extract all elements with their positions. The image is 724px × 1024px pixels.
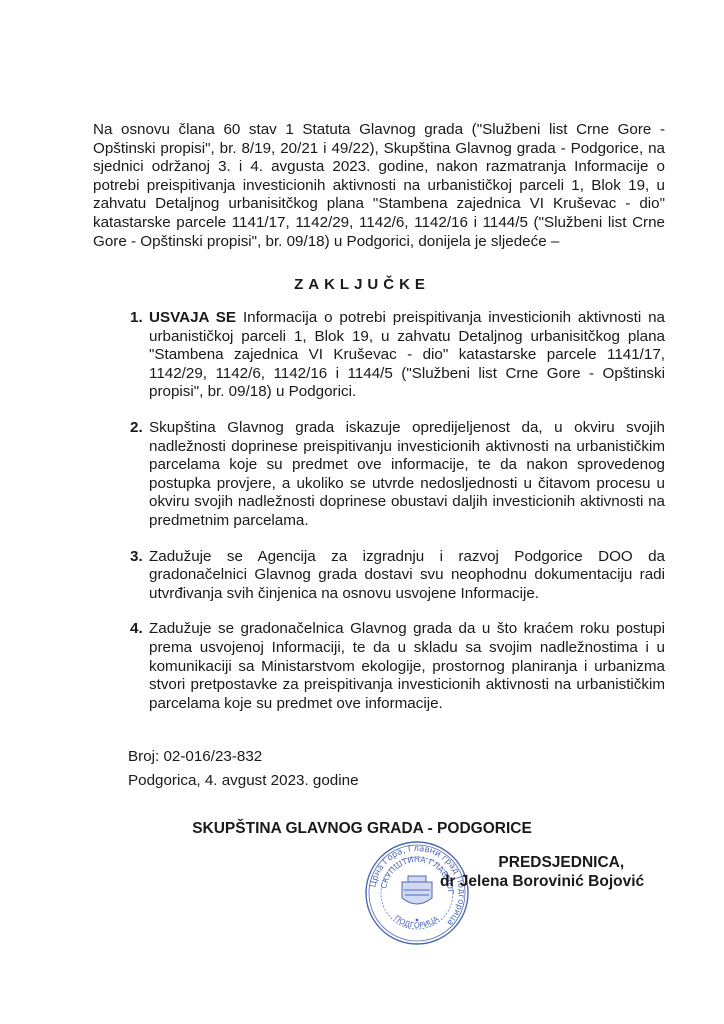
item-number: 4. [130,620,143,639]
document-meta: Broj: 02-016/23-832 Podgorica, 4. avgust… [128,745,359,793]
item-text: Zadužuje se gradonačelnica Glavnog grada… [149,620,665,711]
item-text: Skupština Glavnog grada iskazuje opredij… [149,419,665,529]
item-number: 3. [130,548,143,567]
place-date: Podgorica, 4. avgust 2023. godine [128,769,359,793]
document-page: Na osnovu člana 60 stav 1 Statuta Glavno… [0,0,724,1024]
item-lead: USVAJA SE [149,309,236,326]
item-text: Zadužuje se Agencija za izgradnju i razv… [149,548,665,602]
organization-name: SKUPŠTINA GLAVNOG GRADA - PODGORICE [0,820,724,838]
signatory-title: PREDSJEDNICA, [440,853,644,872]
conclusion-item: 1. USVAJA SE Informacija o potrebi preis… [130,309,665,402]
signatory-name: dr Jelena Borovinić Bojović [440,872,644,891]
signature-block: PREDSJEDNICA, dr Jelena Borovinić Bojovi… [440,853,644,891]
document-number: Broj: 02-016/23-832 [128,745,359,769]
conclusion-item: 4. Zadužuje se gradonačelnica Glavnog gr… [130,620,665,713]
preamble-paragraph: Na osnovu člana 60 stav 1 Statuta Glavno… [93,121,665,251]
conclusion-item: 2. Skupština Glavnog grada iskazuje opre… [130,419,665,531]
conclusions-list: 1. USVAJA SE Informacija o potrebi preis… [130,309,665,730]
item-number: 1. [130,309,143,328]
conclusion-item: 3. Zadužuje se Agencija za izgradnju i r… [130,548,665,604]
section-heading: ZAKLJUČKE [0,276,724,293]
svg-text:ПОДГОРИЦА: ПОДГОРИЦА [393,913,441,929]
item-number: 2. [130,419,143,438]
